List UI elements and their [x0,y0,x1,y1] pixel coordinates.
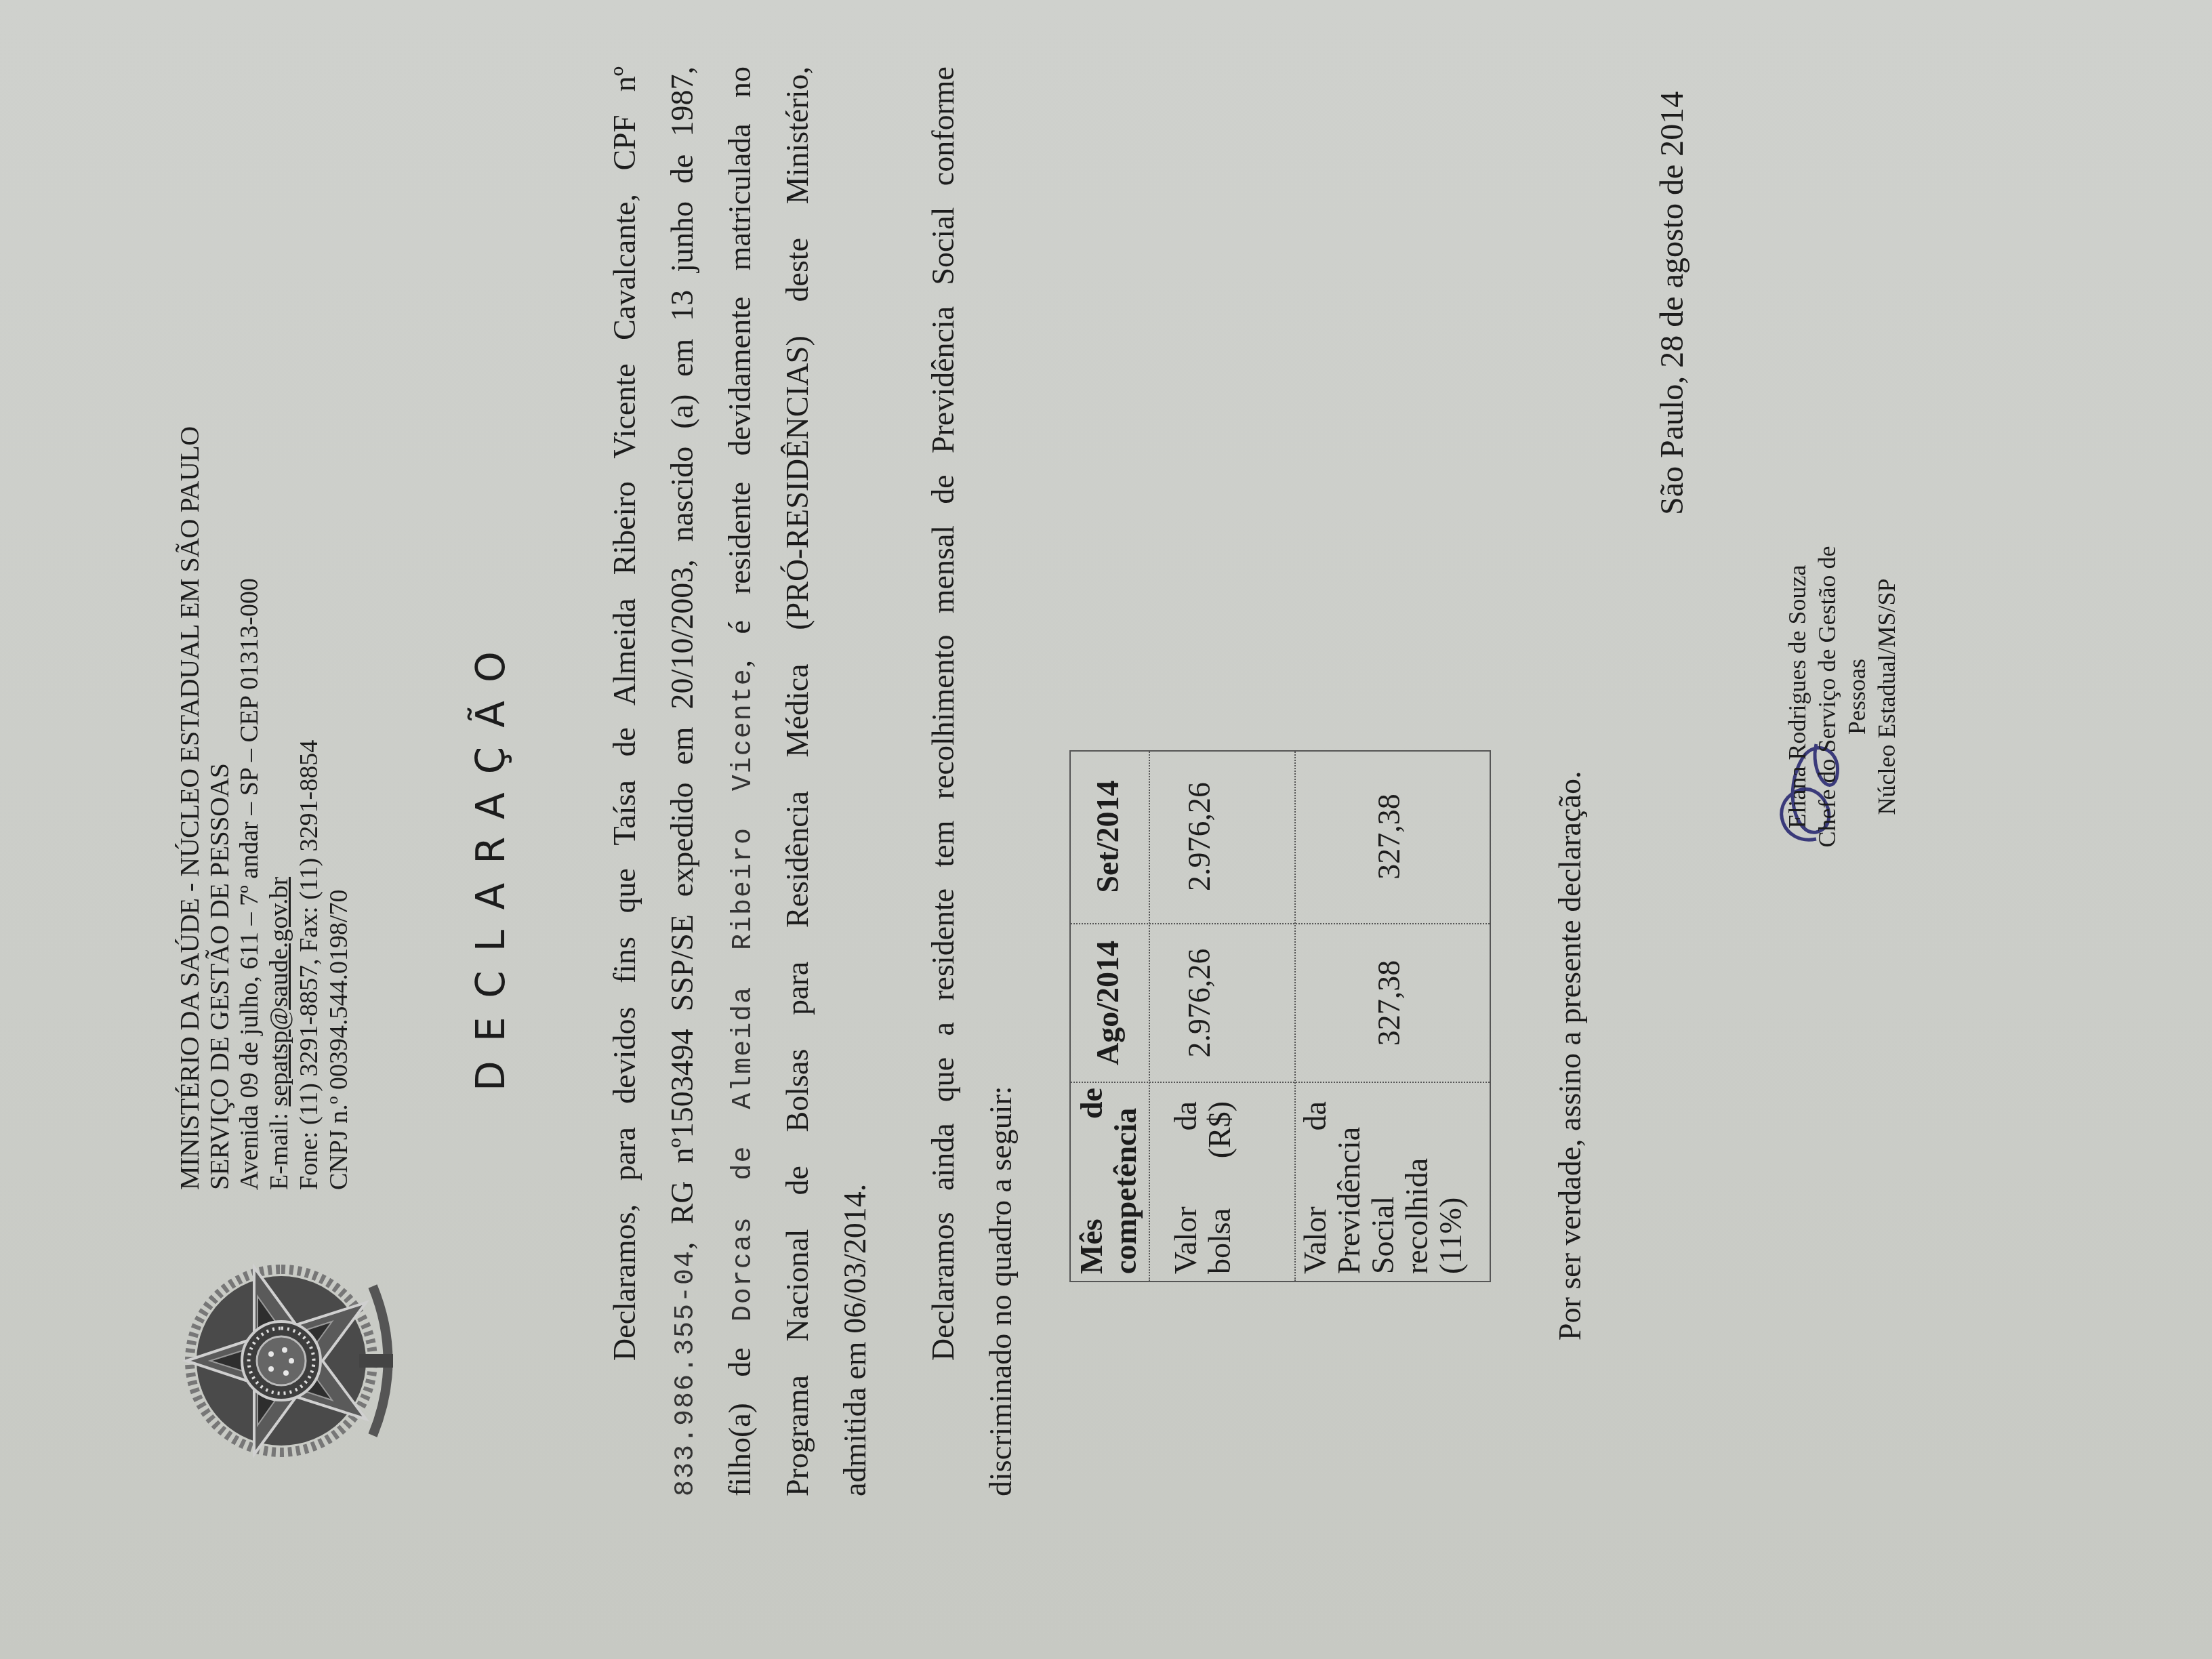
paragraph-1-line-5: admitida em 06/03/2014. [837,1184,873,1496]
email-link[interactable]: sepatsp@saude.gov.br [265,877,293,1107]
header-set: Set/2014 [1091,750,1125,923]
document-title: DECLARAÇÃO [468,617,514,1091]
paragraph-1-line-3: filho(a) de Dorcas de Almeida Ribeiro Vi… [722,66,759,1496]
row-bolsa-label: Valor da bolsa (R$) [1169,1101,1237,1274]
address-line: Avenida 09 de julho, 611 – 7º andar – SP… [234,309,264,1190]
paragraph-1-line-4: Programa Nacional de Bolsas para Residên… [779,66,815,1496]
row-previdencia-set: 327,38 [1372,750,1406,923]
row-previdencia-label: Valor da Previdência Social recolhida (1… [1298,1101,1468,1274]
cnpj-line: CNPJ n.º 00394.544.0198/70 [324,309,354,1190]
declaration-document: MINISTÉRIO DA SAÚDE - NÚCLEO ESTADUAL EM… [0,0,2212,1659]
row-bolsa-ago: 2.976,26 [1183,924,1216,1082]
signature-block: Eliana Rodrigues de Souza Chefe do Servi… [1782,541,1902,853]
row-bolsa-set: 2.976,26 [1183,750,1216,923]
signer-unit: Núcleo Estadual/MS/SP [1872,541,1902,853]
signer-name: Eliana Rodrigues de Souza [1782,541,1812,853]
phone-fax-line: Fone: (11) 3291-8857, Fax: (11) 3291-885… [294,309,324,1190]
header-ago: Ago/2014 [1091,924,1125,1082]
letterhead: MINISTÉRIO DA SAÚDE - NÚCLEO ESTADUAL EM… [175,309,354,1190]
paragraph-1-line-1: Declaramos, para devidos fins que Taísa … [607,66,642,1361]
email-label: E-mail: [265,1107,293,1190]
brazil-coat-of-arms-icon [169,1259,400,1462]
date-line: São Paulo, 28 de agosto de 2014 [1654,91,1691,515]
cpf-number: 833.986.355-04 [671,1250,701,1496]
ministry-line: MINISTÉRIO DA SAÚDE - NÚCLEO ESTADUAL EM… [175,309,205,1190]
paragraph-1-line-2: 833.986.355-04, RG nº1503494 SSP/SE expe… [664,66,701,1496]
closing-statement: Por ser verdade, assino a presente decla… [1552,771,1588,1340]
service-line: SERVIÇO DE GESTÃO DE PESSOAS [205,309,234,1190]
paragraph-2-line-2: discriminado no quadro a seguir: [983,1086,1019,1496]
header-month: Mês de competência [1075,1088,1143,1274]
paragraph-2-line-1: Declaramos ainda que a residente tem rec… [925,66,961,1361]
contribution-table: Mês de competência Ago/2014 Set/2014 Val… [1069,750,1491,1282]
signer-role: Chefe do Serviço de Gestão de Pessoas [1812,541,1872,853]
mother-name: Dorcas de Almeida Ribeiro Vicente [729,668,759,1322]
row-previdencia-ago: 327,38 [1372,924,1406,1082]
email-line: E-mail: sepatsp@saude.gov.br [264,309,294,1190]
